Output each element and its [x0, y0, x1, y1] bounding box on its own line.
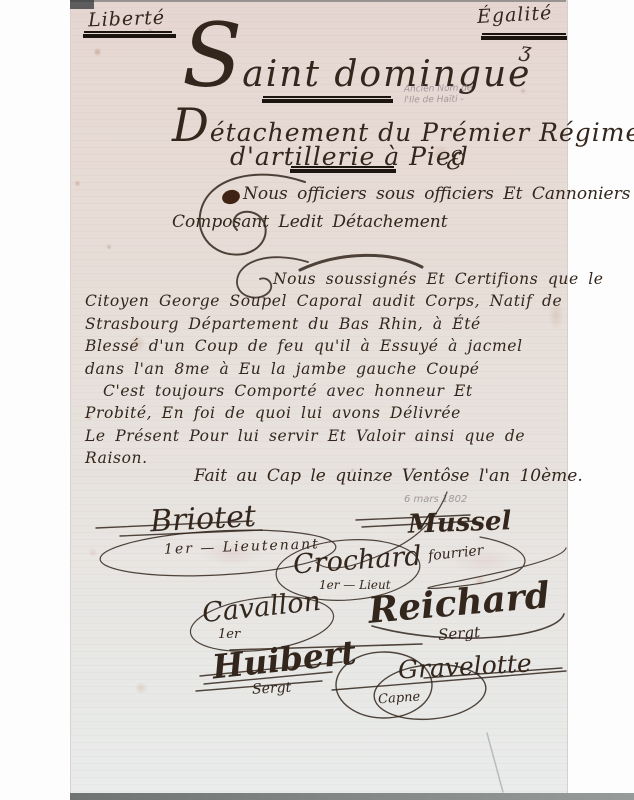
body-line: Probité, En foi de quoi lui avons Délivr… [85, 402, 567, 424]
liberte-underline-thin [84, 31, 172, 33]
signature-name: Cavallon [201, 586, 323, 629]
body-paragraph: Nous soussignés Et Certifions que le Cit… [85, 268, 567, 470]
regiment-underline-thick [290, 169, 396, 173]
pencil-date: 6 mars 1802 [404, 494, 467, 505]
document-title: Saint domingue [182, 4, 531, 107]
body-line: Le Présent Pour lui servir Et Valoir ain… [85, 425, 567, 447]
signature-name: Briotet [149, 496, 320, 540]
scanned-document-photo: Liberté Égalité ʒ Saint domingue Ancien … [0, 0, 634, 800]
scan-edge-blob [70, 0, 94, 9]
salutation-line2: Composant Ledit Détachement [172, 212, 448, 232]
body-line: Blessé d'un Coup de feu qu'il à Essuyé à… [85, 335, 567, 357]
signature-name: Crochard [292, 541, 422, 581]
dateline: Fait au Cap le quinze Ventôse l'an 10ème… [194, 466, 583, 486]
signature-name: Gravelotte [397, 649, 532, 685]
body-line: Nous soussignés Et Certifions que le [85, 268, 567, 290]
signature-cavallon: Cavallon 1er [202, 592, 321, 642]
scan-edge-bottom [70, 793, 634, 800]
body-line: Citoyen George Soupel Caporal audit Corp… [85, 290, 567, 312]
et-flourish-glyph: ℰ [444, 146, 460, 176]
motto-liberte: Liberté [88, 7, 166, 32]
body-line: C'est toujours Comporté avec honneur Et [85, 380, 567, 402]
body-line: dans l'an 8me à Eu la jambe gauche Coupé [85, 358, 567, 380]
signature-mussel: Mussel fourrier [408, 508, 511, 560]
signature-reichard: Reichard Sergt [368, 582, 550, 640]
liberte-underline-thick [83, 34, 176, 38]
regiment-underline-thin [291, 166, 394, 168]
signature-huibert: Huibert Sergt [212, 640, 356, 695]
signature-gravelotte: Gravelotte Capne [398, 652, 532, 702]
salutation-line1: Nous officiers sous officiers Et Cannoni… [243, 184, 630, 204]
scan-edge-top [70, 0, 566, 2]
body-line: Strasbourg Département du Bas Rhin, à Ét… [85, 313, 567, 335]
signature-name: Mussel [408, 506, 512, 540]
